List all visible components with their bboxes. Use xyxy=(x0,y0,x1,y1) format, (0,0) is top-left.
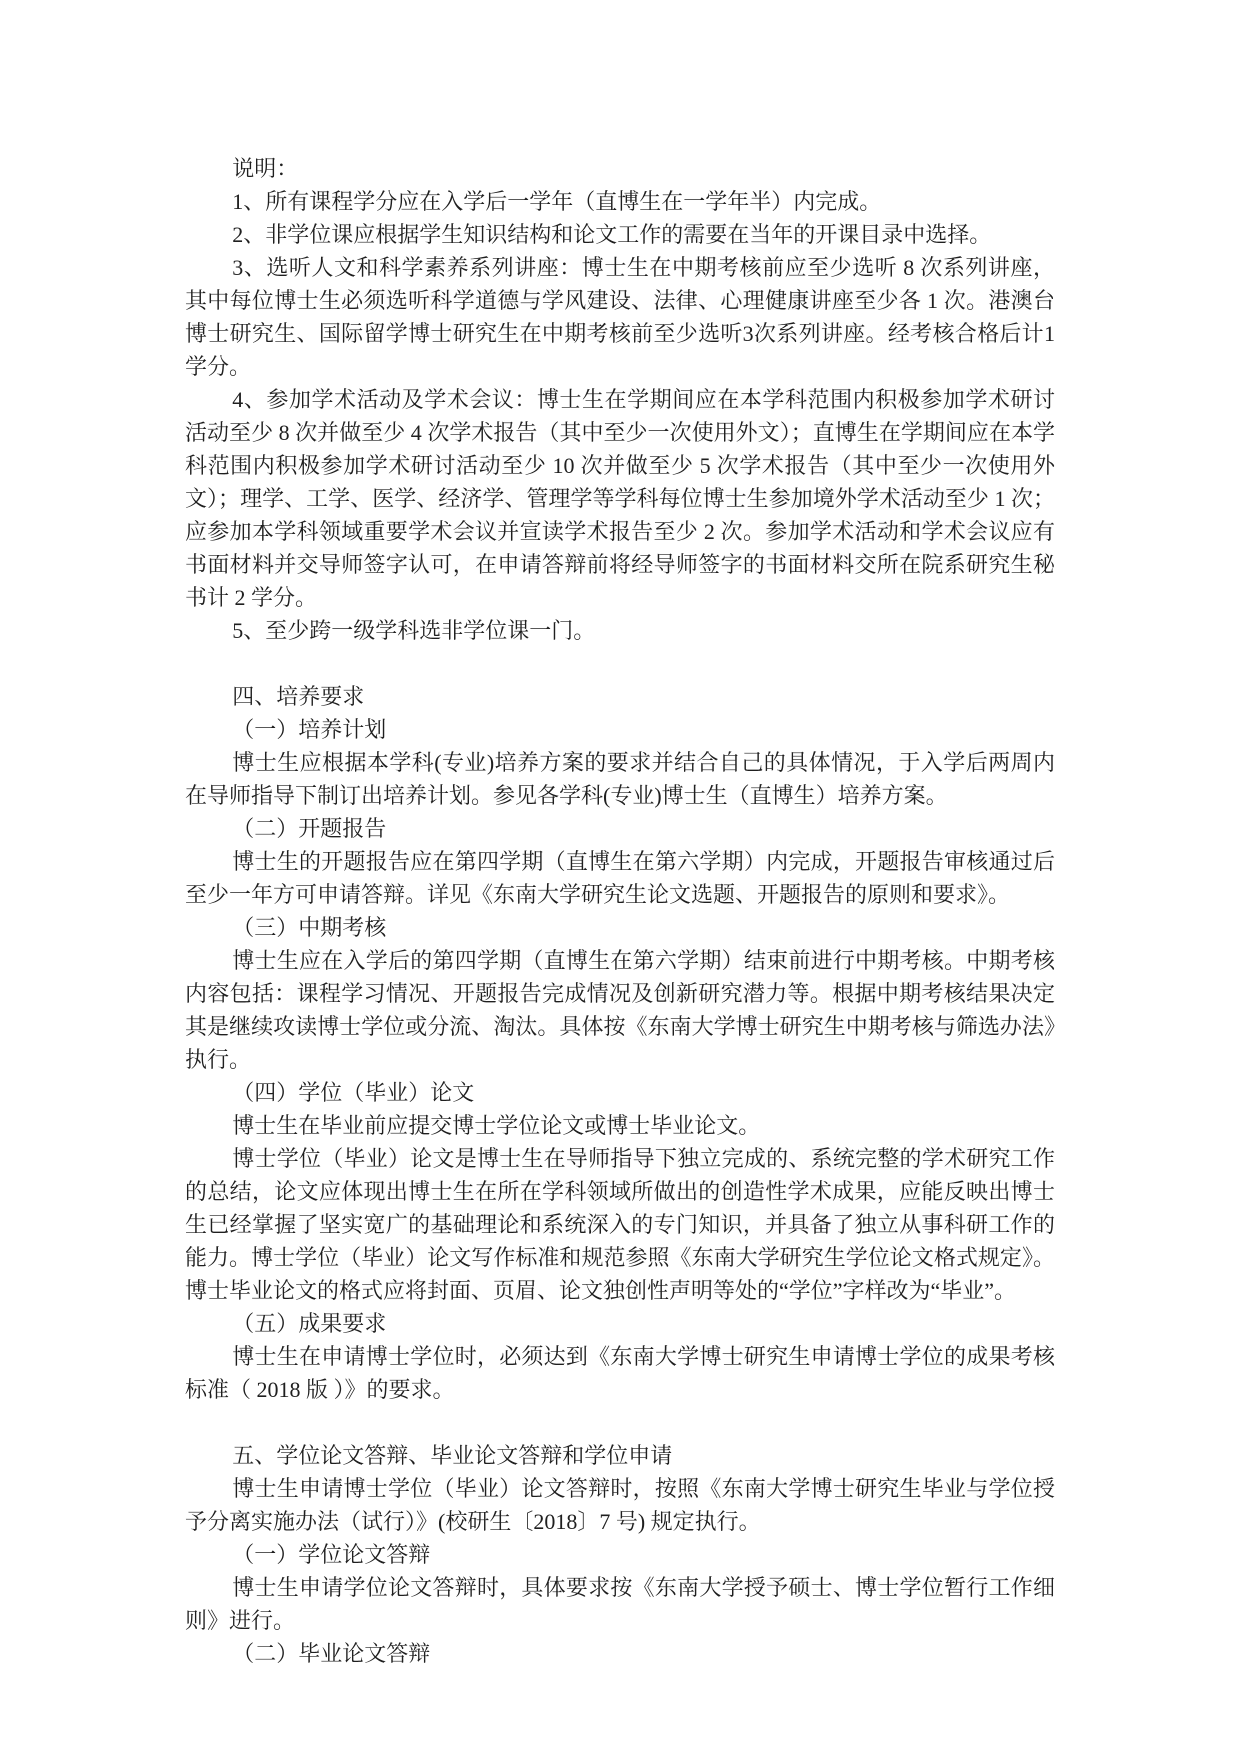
intro-note: 1、所有课程学分应在入学后一学年（直博生在一学年半）内完成。 xyxy=(185,185,1055,218)
document-page: 说明： 1、所有课程学分应在入学后一学年（直博生在一学年半）内完成。 2、非学位… xyxy=(0,0,1241,1754)
intro-note: 3、选听人文和科学素养系列讲座：博士生在中期考核前应至少选听 8 次系列讲座，其… xyxy=(185,251,1055,383)
intro-label: 说明： xyxy=(185,152,1055,185)
section-heading-thesis-defense: 五、学位论文答辩、毕业论文答辩和学位申请 xyxy=(185,1439,1055,1472)
paragraph: 博士生的开题报告应在第四学期（直博生在第六学期）内完成，开题报告审核通过后至少一… xyxy=(185,845,1055,911)
subsection-heading-graduation-thesis-defense: （二）毕业论文答辩 xyxy=(185,1637,1055,1670)
intro-note: 5、至少跨一级学科选非学位课一门。 xyxy=(185,614,1055,647)
intro-note: 4、参加学术活动及学术会议：博士生在学期间应在本学科范围内积极参加学术研讨活动至… xyxy=(185,383,1055,614)
subsection-heading-degree-thesis-defense: （一）学位论文答辩 xyxy=(185,1538,1055,1571)
subsection-heading-midterm-assessment: （三）中期考核 xyxy=(185,911,1055,944)
paragraph: 博士生在申请博士学位时，必须达到《东南大学博士研究生申请博士学位的成果考核标准（… xyxy=(185,1340,1055,1406)
paragraph: 博士生应根据本学科(专业)培养方案的要求并结合自己的具体情况，于入学后两周内在导… xyxy=(185,746,1055,812)
paragraph: 博士生申请学位论文答辩时，具体要求按《东南大学授予硕士、博士学位暂行工作细则》进… xyxy=(185,1571,1055,1637)
paragraph: 博士生在毕业前应提交博士学位论文或博士毕业论文。 xyxy=(185,1109,1055,1142)
intro-note: 2、非学位课应根据学生知识结构和论文工作的需要在当年的开课目录中选择。 xyxy=(185,218,1055,251)
paragraph: 博士生申请博士学位（毕业）论文答辩时，按照《东南大学博士研究生毕业与学位授予分离… xyxy=(185,1472,1055,1538)
section-heading-training-requirements: 四、培养要求 xyxy=(185,680,1055,713)
paragraph: 博士生应在入学后的第四学期（直博生在第六学期）结束前进行中期考核。中期考核内容包… xyxy=(185,944,1055,1076)
document-content: 说明： 1、所有课程学分应在入学后一学年（直博生在一学年半）内完成。 2、非学位… xyxy=(185,152,1055,1670)
subsection-heading-training-plan: （一）培养计划 xyxy=(185,713,1055,746)
subsection-heading-degree-thesis: （四）学位（毕业）论文 xyxy=(185,1076,1055,1109)
subsection-heading-achievement-requirements: （五）成果要求 xyxy=(185,1307,1055,1340)
paragraph: 博士学位（毕业）论文是博士生在导师指导下独立完成的、系统完整的学术研究工作的总结… xyxy=(185,1142,1055,1307)
subsection-heading-proposal-report: （二）开题报告 xyxy=(185,812,1055,845)
